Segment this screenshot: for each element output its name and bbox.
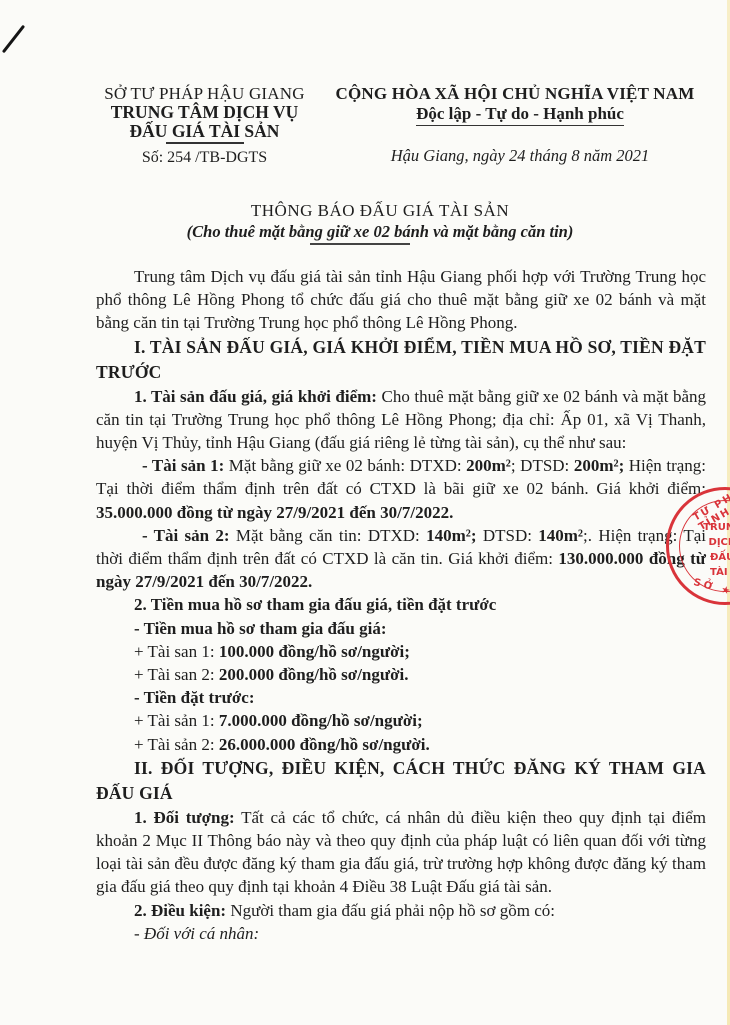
org-name-line1: TRUNG TÂM DỊCH VỤ [92, 103, 317, 122]
document-body: Trung tâm Dịch vụ đấu giá tài sản tỉnh H… [96, 265, 706, 945]
item-label: 2. Điều kiện: [134, 901, 226, 920]
item-label: 1. Tài sản đấu giá, giá khởi điểm: [134, 387, 377, 406]
asset-1: - Tài sản 1: Mặt bằng giữ xe 02 bánh: DT… [96, 454, 706, 524]
fee-amount: 100.000 đồng/hồ sơ/người; [219, 642, 410, 661]
asset-text: DTSD: [477, 526, 539, 545]
intro-paragraph: Trung tâm Dịch vụ đấu giá tài sản tỉnh H… [96, 265, 706, 335]
dossier-fee-asset-2: + Tài san 2: 200.000 đồng/hồ sơ/người. [96, 663, 706, 686]
asset-desc: Mặt bằng căn tin: DTXD: [230, 526, 427, 545]
deposit-asset-1: + Tài sản 1: 7.000.000 đồng/hồ sơ/người; [96, 709, 706, 732]
section-2-item-2: 2. Điều kiện: Người tham gia đấu giá phả… [96, 899, 706, 922]
deposit-amount: 7.000.000 đồng/hồ sơ/người; [219, 711, 423, 730]
section-1-item-1: 1. Tài sản đấu giá, giá khởi điểm: Cho t… [96, 385, 706, 455]
asset-dtxd: 200m² [466, 456, 511, 475]
asset-price: 35.000.000 đồng từ ngày 27/9/2021 đến 30… [96, 503, 453, 522]
asset-desc: Mặt bằng giữ xe 02 bánh: DTXD: [224, 456, 466, 475]
department-name: SỞ TƯ PHÁP HẬU GIANG [92, 84, 317, 103]
asset-dtsd: 140m² [538, 526, 583, 545]
deposit-prefix: + Tài sản 2: [134, 735, 219, 754]
asset-text: ; DTSD: [511, 456, 574, 475]
item-text: Người tham gia đấu giá phải nộp hồ sơ gồ… [226, 901, 555, 920]
handwritten-slash-mark [2, 25, 25, 54]
section-1-heading: I. TÀI SẢN ĐẤU GIÁ, GIÁ KHỞI ĐIỂM, TIỀN … [96, 335, 706, 385]
seal-center-text: TRUNG T DỊCH V ĐẤU G TÀI SẢ [683, 520, 730, 580]
national-motto: Độc lập - Tự do - Hạnh phúc [416, 104, 624, 126]
place-date: Hậu Giang, ngày 24 tháng 8 năm 2021 [315, 146, 725, 166]
fee-prefix: + Tài san 2: [134, 665, 219, 684]
item-label: 1. Đối tượng: [134, 808, 235, 827]
document-title-block: THÔNG BÁO ĐẤU GIÁ TÀI SẢN (Cho thuê mặt … [100, 200, 660, 245]
deposit-asset-2: + Tài sản 2: 26.000.000 đồng/hồ sơ/người… [96, 733, 706, 756]
section-2-heading: II. ĐỐI TƯỢNG, ĐIỀU KIỆN, CÁCH THỨC ĐĂNG… [96, 756, 706, 806]
asset-dtsd: 200m²; [574, 456, 624, 475]
deposit-prefix: + Tài sản 1: [134, 711, 219, 730]
document-number: Số: 254 /TB-DGTS [92, 148, 317, 167]
seal-line: ĐẤU G [683, 550, 730, 565]
fee-amount: 200.000 đồng/hồ sơ/người. [219, 665, 409, 684]
individual-label: - Đối với cá nhân: [96, 922, 706, 945]
divider [166, 142, 244, 144]
org-name-line2: ĐẤU GIÁ TÀI SẢN [92, 122, 317, 141]
asset-dtxd: 140m²; [426, 526, 476, 545]
section-2-item-1: 1. Đối tượng: Tất cả các tổ chức, cá nhâ… [96, 806, 706, 899]
deposit-label: - Tiền đặt trước: [96, 686, 706, 709]
asset-label: - Tài sản 2: [142, 526, 230, 545]
dossier-fee-label: - Tiền mua hồ sơ tham gia đấu giá: [96, 617, 706, 640]
deposit-amount: 26.000.000 đồng/hồ sơ/người. [219, 735, 430, 754]
national-header-block: CỘNG HÒA XÃ HỘI CHỦ NGHĨA VIỆT NAM Độc l… [305, 83, 725, 166]
document-title: THÔNG BÁO ĐẤU GIÁ TÀI SẢN [100, 200, 660, 222]
seal-line: DỊCH V [683, 535, 730, 550]
document-subtitle: (Cho thuê mặt bằng giữ xe 02 bánh và mặt… [100, 222, 660, 242]
fee-prefix: + Tài san 1: [134, 642, 219, 661]
asset-label: - Tài sản 1: [142, 456, 224, 475]
divider [310, 243, 410, 245]
dossier-fee-asset-1: + Tài san 1: 100.000 đồng/hồ sơ/người; [96, 640, 706, 663]
asset-2: - Tài sản 2: Mặt bằng căn tin: DTXD: 140… [96, 524, 706, 594]
issuing-agency-block: SỞ TƯ PHÁP HẬU GIANG TRUNG TÂM DỊCH VỤ Đ… [92, 84, 317, 167]
seal-line: TÀI SẢ [683, 565, 730, 580]
section-1-item-2-heading: 2. Tiền mua hồ sơ tham gia đấu giá, tiền… [96, 593, 706, 616]
seal-line: TRUNG T [683, 520, 730, 535]
nation-name: CỘNG HÒA XÃ HỘI CHỦ NGHĨA VIỆT NAM [305, 83, 725, 104]
